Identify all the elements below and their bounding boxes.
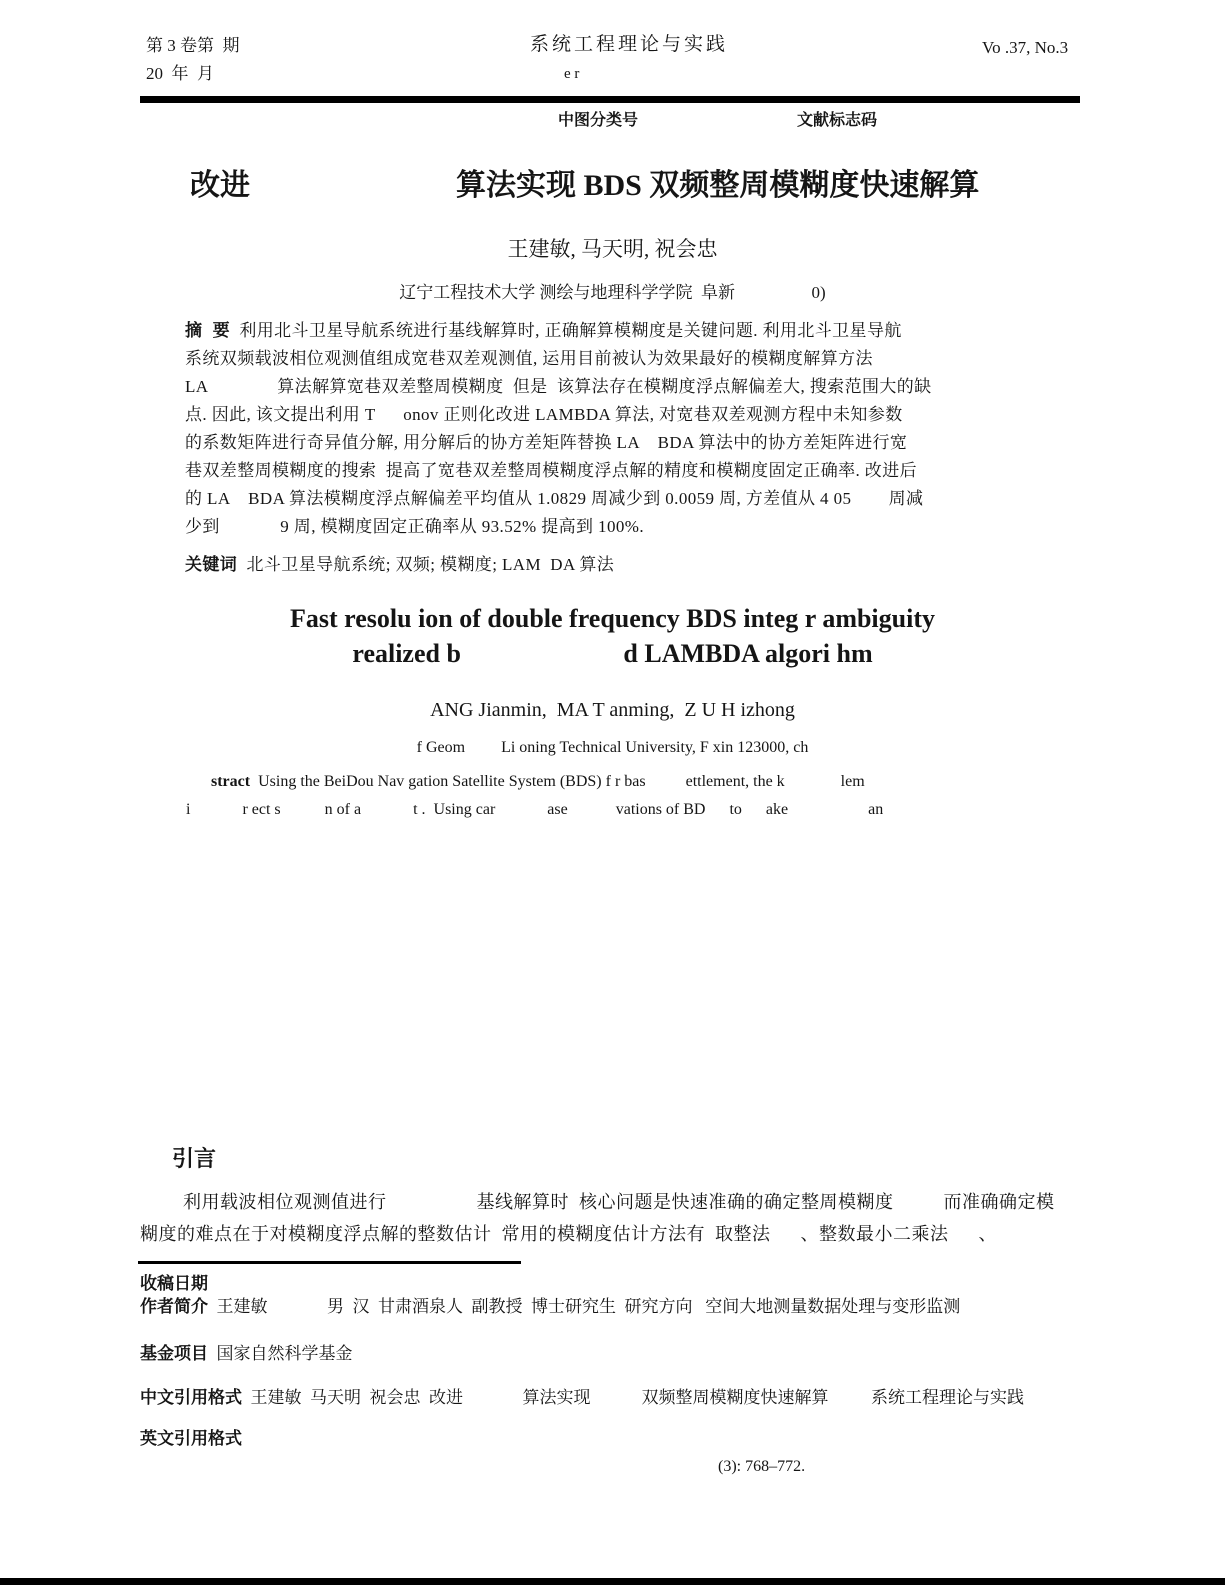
paper-page: 第 3 卷第 期 20 年 月 系统工程理论与实践 e r Vo .37, No… [0,0,1225,1585]
paper-title-part1: 改进 [190,169,250,204]
fund-row: 基金项目 国家自然科学基金 [140,1344,353,1364]
intro-heading: 引言 [172,1146,216,1171]
fund-label: 基金项目 [140,1344,208,1363]
abstract-label: 摘 要 [185,321,230,340]
keywords-row: 关键词 北斗卫星导航系统; 双频; 模糊度; LAM DA 算法 [185,555,614,575]
abstract-line: 巷双差整周模糊度的搜索 提高了宽巷双差整周模糊度浮点解的精度和模糊度固定正确率.… [185,461,917,481]
abstract-en-line1-text: Using the BeiDou Nav gation Satellite Sy… [250,773,865,790]
cite-cn-label: 中文引用格式 [140,1388,242,1407]
abstract-line: 摘 要 利用北斗卫星导航系统进行基线解算时, 正确解算模糊度是关键问题. 利用北… [185,321,902,341]
bottom-bar [0,1578,1225,1585]
journal-title-cn: 系统工程理论与实践 [530,34,728,56]
journal-title-en-fragment: e r [564,66,579,83]
cite-en-label: 英文引用格式 [140,1429,242,1449]
keywords-text: 北斗卫星导航系统; 双频; 模糊度; LAM DA 算法 [237,555,614,574]
abstract-line: LA 算法解算宽巷双差整周模糊度 但是 该算法存在模糊度浮点解偏差大, 搜索范围… [185,377,932,397]
intro-line2: 糊度的难点在于对模糊度浮点解的整数估计 常用的模糊度估计方法有 取整法 、整数最… [140,1224,997,1245]
abstract-line1-text: 利用北斗卫星导航系统进行基线解算时, 正确解算模糊度是关键问题. 利用北斗卫星导… [230,321,902,340]
author-bio-row: 作者简介 王建敏 男 汉 甘肃酒泉人 副教授 博士研究生 研究方向 空间大地测量… [140,1297,960,1317]
footnote-rule [138,1261,521,1264]
abstract-en-label: stract [211,773,250,790]
fund-text: 国家自然科学基金 [208,1344,353,1363]
received-date-label: 收稿日期 [140,1274,208,1294]
header-date-cn: 20 年 月 [146,64,214,84]
cite-cn-text: 王建敏 马天明 祝会忠 改进 算法实现 双频整周模糊度快速解算 系统工程理论与实… [242,1388,1024,1407]
header-volume-cn: 第 3 卷第 期 [146,36,240,56]
abstract-line: 点. 因此, 该文提出利用 T onov 正则化改进 LAMBDA 算法, 对宽… [185,405,903,425]
cite-cn-row: 中文引用格式 王建敏 马天明 祝会忠 改进 算法实现 双频整周模糊度快速解算 系… [140,1388,1024,1408]
authors-cn: 王建敏, 马天明, 祝会忠 [0,237,1225,261]
author-bio-text: 王建敏 男 汉 甘肃酒泉人 副教授 博士研究生 研究方向 空间大地测量数据处理与… [208,1297,960,1316]
paper-title-en-line1: Fast resolu ion of double frequency BDS … [0,604,1225,634]
paper-title-part2: 算法实现 BDS 双频整周模糊度快速解算 [456,169,979,204]
abstract-line: 少到 9 周, 模糊度固定正确率从 93.52% 提高到 100%. [185,517,644,537]
intro-line1: 利用载波相位观测值进行 基线解算时 核心问题是快速准确的确定整周模糊度 而准确确… [183,1192,1055,1213]
clc-label: 中图分类号 [558,112,638,130]
authors-en: ANG Jianmin, MA T anming, Z U H izhong [0,699,1225,722]
abstract-en-line1: stract Using the BeiDou Nav gation Satel… [211,773,865,791]
keywords-label: 关键词 [185,555,237,574]
abstract-line: 的 LA BDA 算法模糊度浮点解偏差平均值从 1.0829 周减少到 0.00… [185,489,923,509]
abstract-line: 的系数矩阵进行奇异值分解, 用分解后的协方差矩阵替换 LA BDA 算法中的协方… [185,433,907,453]
page-range: (3): 768–772. [718,1458,805,1476]
author-bio-label: 作者简介 [140,1297,208,1316]
header-volume-en: Vo .37, No.3 [982,38,1068,58]
abstract-en-line2: i r ect s n of a t . Using car ase vatio… [186,801,883,819]
affiliation-cn: 辽宁工程技术大学 测绘与地理科学学院 阜新 0) [0,283,1225,303]
affiliation-en: f Geom Li oning Technical University, F … [0,739,1225,757]
paper-title-en-line2: realized b d LAMBDA algori hm [0,639,1225,669]
header-rule [140,96,1080,103]
abstract-line: 系统双频载波相位观测值组成宽巷双差观测值, 运用目前被认为效果最好的模糊度解算方… [185,349,873,369]
doc-code-label: 文献标志码 [797,112,877,130]
